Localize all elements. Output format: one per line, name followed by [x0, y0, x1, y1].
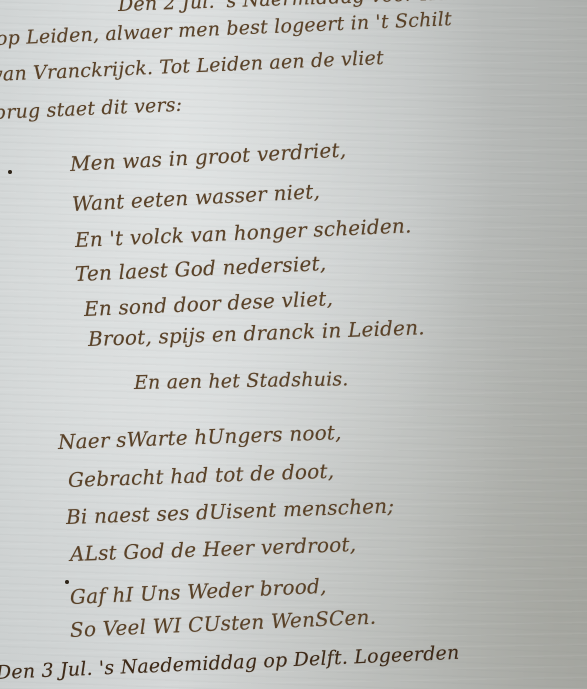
section-heading: En aen het Stadshuis. [134, 368, 349, 394]
margin-dot [65, 580, 69, 584]
manuscript-page: Den 2 Jul. 's Naermiddag voor Haerlem op… [0, 0, 587, 689]
margin-dot [8, 170, 12, 174]
